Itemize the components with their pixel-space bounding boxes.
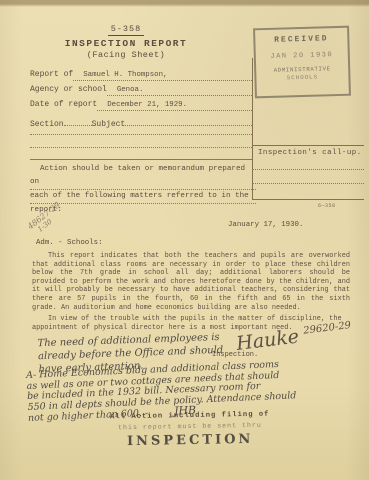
action-line: each of the following matters referred t… <box>30 190 256 204</box>
blank-ruled-line <box>30 146 252 148</box>
field-label: Date of report <box>30 100 97 109</box>
action-line: Action should be taken or memorandum pre… <box>30 163 256 190</box>
field-label: Subject <box>92 120 126 129</box>
received-stamp-line: RECEIVED <box>255 34 347 46</box>
field-value: Genoa. <box>107 86 144 94</box>
document-page: 5-358 INSPECTION REPORT (Facing Sheet) R… <box>0 0 369 480</box>
field-line: Samuel H. Thompson, <box>73 70 252 81</box>
callup-ruled-line <box>252 183 364 184</box>
small-form-number: 6—358 <box>318 203 336 209</box>
received-stamp-line: SCHOOLS <box>256 73 348 83</box>
callup-box-top-line <box>252 145 364 146</box>
callup-ruled-line <box>252 169 364 170</box>
field-date-of-report: Date of report December 21, 1929. <box>30 100 252 111</box>
memo-date: January 17, 1930. <box>228 221 303 229</box>
field-value: December 21, 1929. <box>97 101 187 109</box>
field-line: Genoa. <box>107 85 252 96</box>
field-label: Report of <box>30 70 73 79</box>
form-number: 5-358 <box>0 24 252 34</box>
routing-stamp-line: All Action including filing of <box>100 410 280 421</box>
blank-ruled-line <box>30 133 252 135</box>
inspection-label: Inspection. <box>212 351 258 359</box>
field-report-of: Report of Samuel H. Thompson, <box>30 70 252 81</box>
callup-box-label: Inspection's call-up. <box>258 149 362 157</box>
callup-box-bottom-line <box>252 199 364 200</box>
received-stamp: RECEIVED JAN 20 1930 ADMINISTRATIVE SCHO… <box>253 26 351 99</box>
memo-salutation: Adm. - Schools: <box>36 239 103 247</box>
section-divider-line <box>30 158 252 160</box>
field-section: Section Subject <box>30 115 252 129</box>
action-instruction: Action should be taken or memorandum pre… <box>30 163 256 217</box>
field-line <box>125 115 252 126</box>
column-divider-line <box>252 58 253 200</box>
field-label: Section <box>30 120 64 129</box>
document-title: INSPECTION REPORT <box>0 38 252 49</box>
field-agency-or-school: Agency or school Genoa. <box>30 85 252 96</box>
received-stamp-date: JAN 20 1930 <box>256 51 348 62</box>
field-value: Samuel H. Thompson, <box>73 71 167 79</box>
field-label: Agency or school <box>30 85 107 94</box>
field-line <box>64 115 92 126</box>
routing-stamp: All Action including filing of this repo… <box>100 410 281 449</box>
routing-stamp-line: this report must be sent thru <box>100 421 280 431</box>
memo-paragraph-1: This report indicates that both the teac… <box>32 252 350 312</box>
field-line: December 21, 1929. <box>97 100 252 111</box>
routing-stamp-inspection: INSPECTION <box>100 431 280 449</box>
document-subtitle: (Facing Sheet) <box>0 50 252 60</box>
